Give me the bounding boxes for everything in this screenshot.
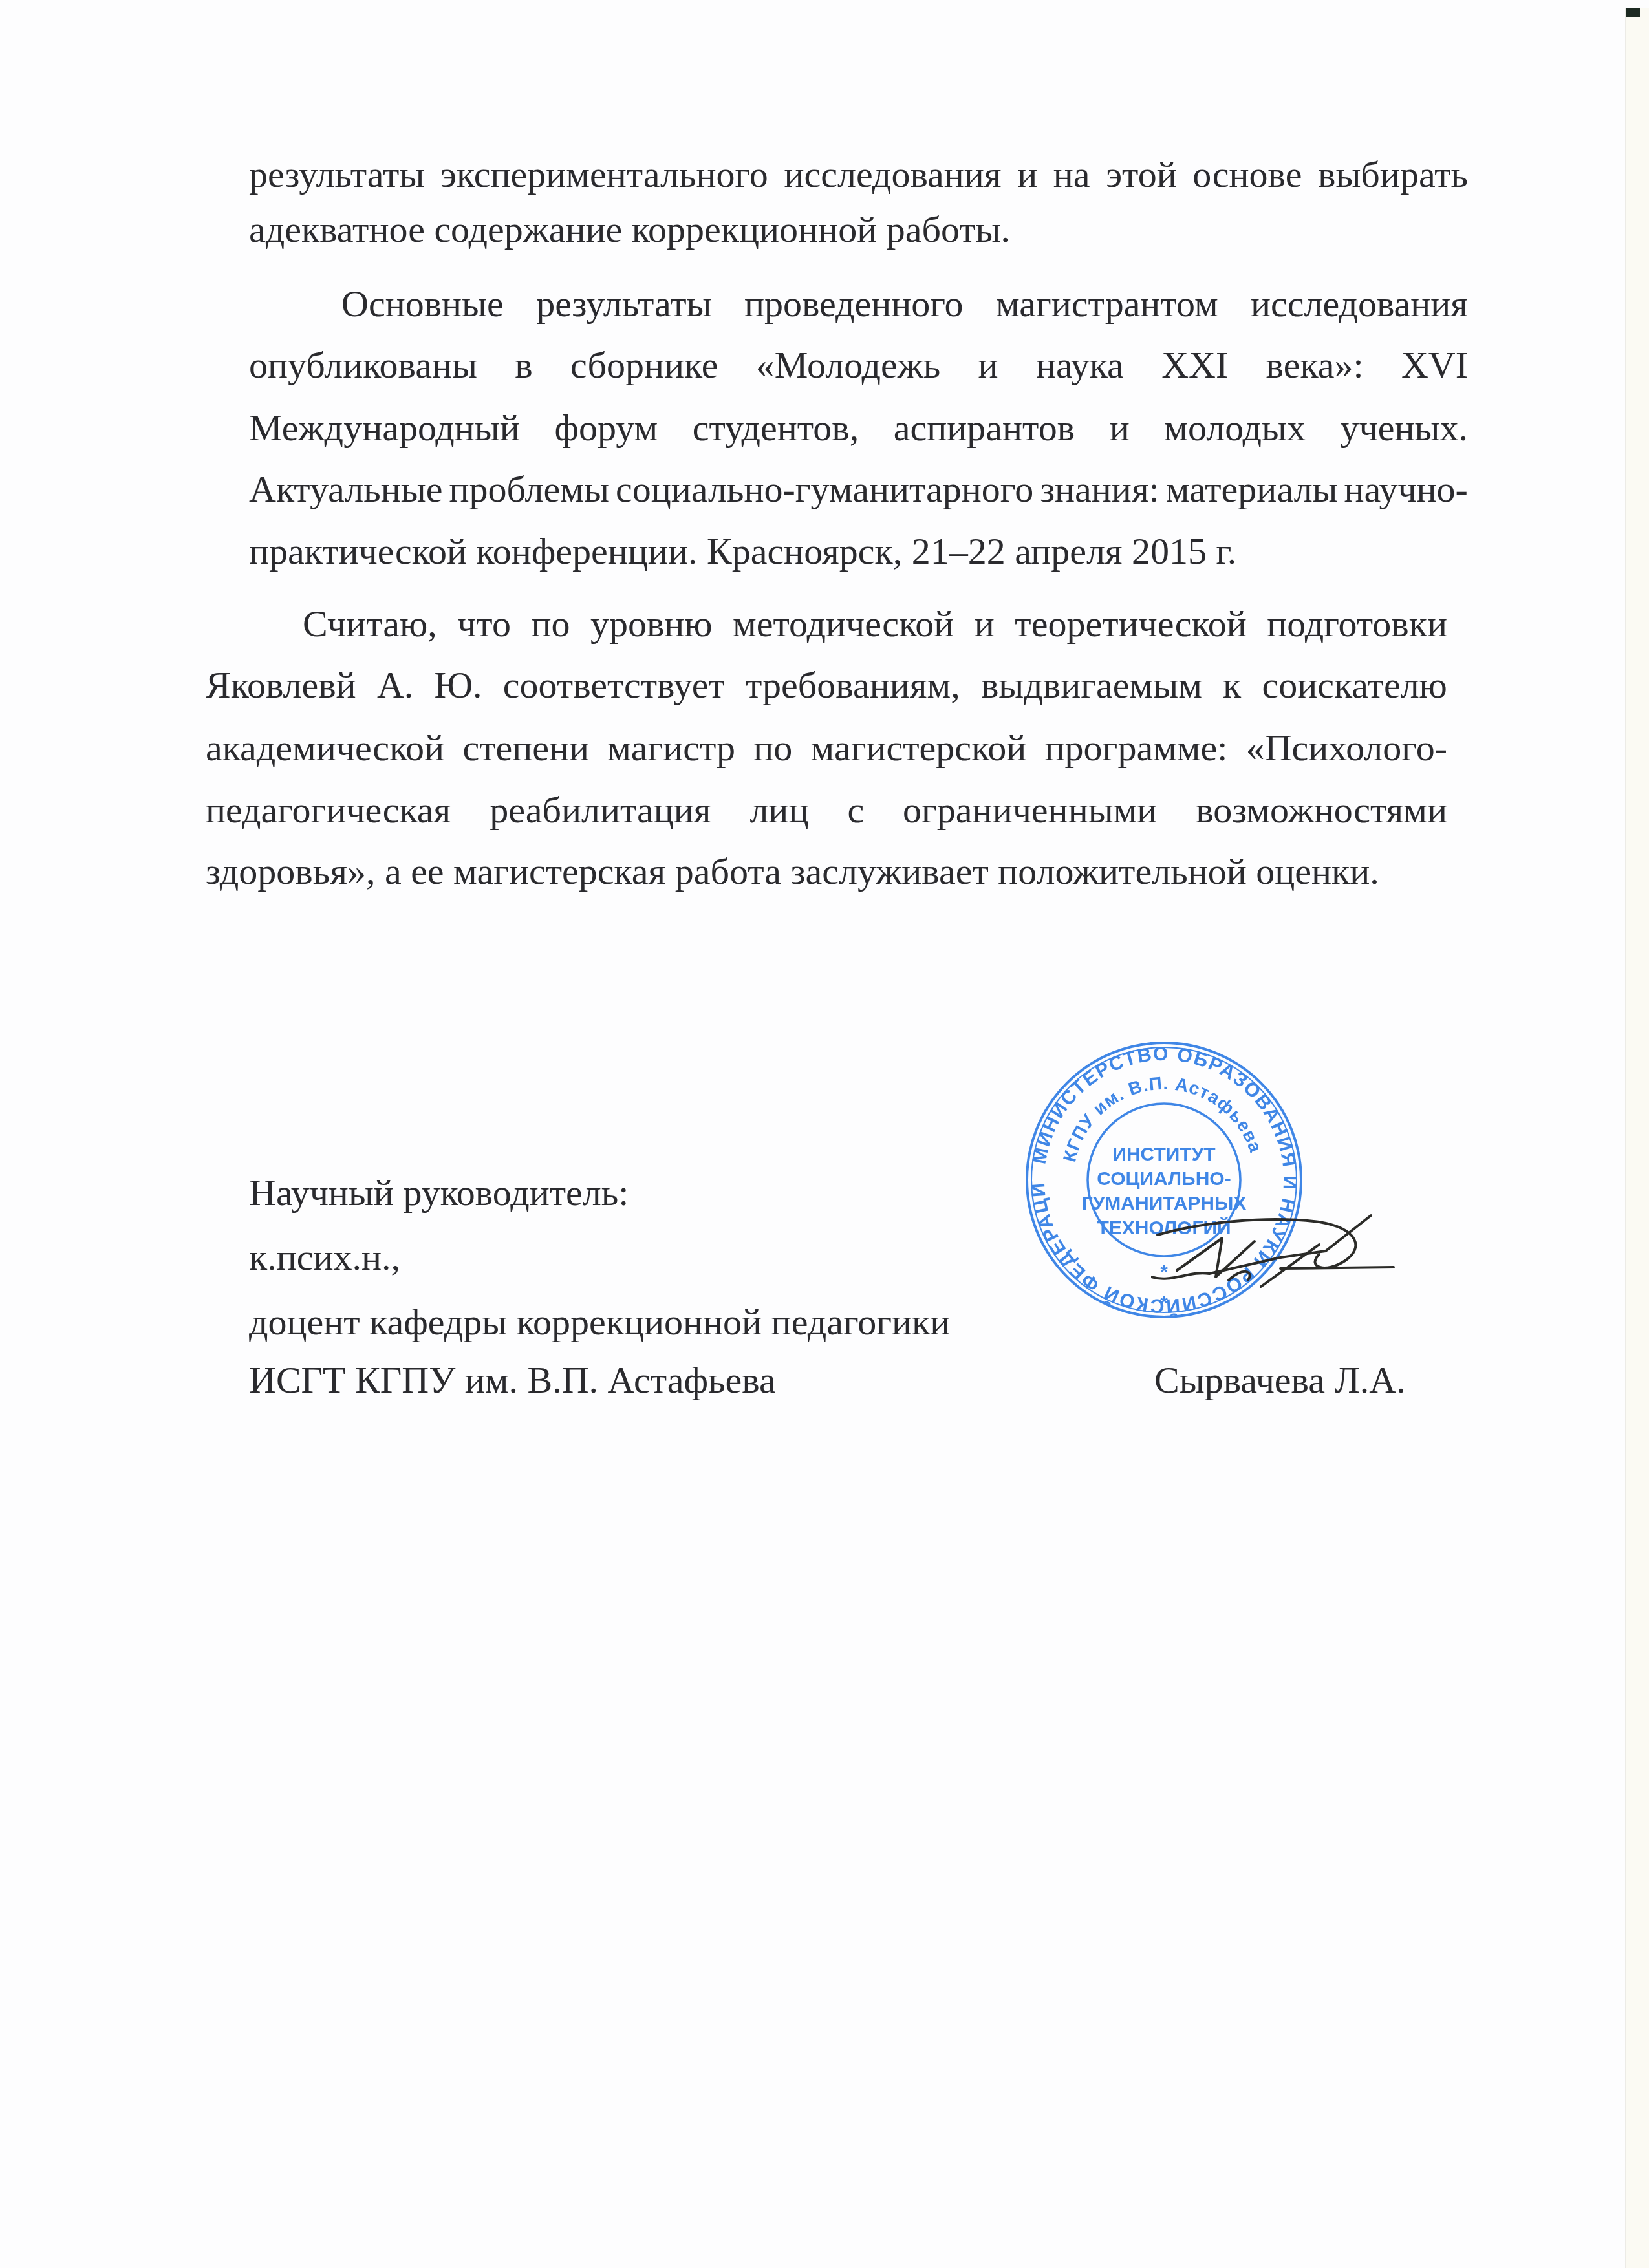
word: XVI (1401, 343, 1468, 388)
word: что (457, 601, 511, 647)
word: к (1223, 663, 1241, 708)
word: реабилитация (490, 787, 711, 833)
word: ограниченными (903, 787, 1157, 833)
word: студентов, (693, 405, 859, 451)
word: педагогическая (206, 787, 451, 833)
word: теоретической (1015, 601, 1247, 647)
word: степени (462, 725, 589, 771)
word: уровню (590, 601, 713, 647)
word: века»: (1266, 343, 1364, 388)
word: требованиям, (746, 663, 960, 708)
word: экспериментального (440, 152, 768, 197)
word: А. (377, 663, 413, 708)
word: соответствует (503, 663, 725, 708)
word: социально-гуманитарного (616, 467, 1033, 512)
paragraph-line: Международныйфорумстудентов,аспирантовим… (249, 405, 1468, 451)
word: опубликованы (249, 343, 477, 388)
word: и (1017, 152, 1037, 197)
supervisor-institution: ИСГТ КГПУ им. В.П. Астафьева (249, 1358, 776, 1403)
paragraph-line: результатыэкспериментальногоисследования… (249, 152, 1468, 197)
word: программе: (1045, 725, 1228, 771)
word: по (753, 725, 792, 771)
paragraph-line: адекватное содержание коррекционной рабо… (249, 207, 1468, 252)
word: методической (733, 601, 954, 647)
word: проблемы (449, 467, 609, 512)
word: форум (554, 405, 658, 451)
word: и (1110, 405, 1130, 451)
word: и (978, 343, 998, 388)
word: с (847, 787, 864, 833)
word: Считаю, (303, 601, 437, 647)
word: исследования (784, 152, 1001, 197)
word: Основные (341, 281, 504, 326)
word: знания: (1040, 467, 1159, 512)
paragraph-line: опубликованывсборнике«МолодежьинаукаXXIв… (249, 343, 1468, 388)
word: проведенного (744, 281, 964, 326)
paragraph-line: практической конференции. Красноярск, 21… (249, 529, 1468, 574)
word: и (975, 601, 995, 647)
word: наука (1036, 343, 1124, 388)
word: по (531, 601, 570, 647)
word: на (1053, 152, 1090, 197)
word: материалы (1166, 467, 1338, 512)
word: в (515, 343, 532, 388)
word: магистр (607, 725, 735, 771)
word: соискателю (1262, 663, 1447, 708)
paragraph-line: Считаю,чтопоуровнюметодическойитеоретиче… (303, 601, 1447, 647)
word: этой (1106, 152, 1177, 197)
supervisor-degree: к.псих.н., (249, 1235, 400, 1280)
paragraph-line: ЯковлевйА.Ю.соответствуеттребованиям,выд… (206, 663, 1447, 708)
paragraph-line: здоровья», а ее магистерская работа засл… (206, 849, 1447, 894)
word: возможностями (1196, 787, 1447, 833)
word: Ю. (434, 663, 482, 708)
word: Международный (249, 405, 520, 451)
word: сборнике (570, 343, 718, 388)
paragraph-line: Основныерезультатыпроведенногомагистрант… (341, 281, 1468, 326)
word: магистерской (811, 725, 1027, 771)
word: основе (1192, 152, 1302, 197)
word: научно- (1344, 467, 1468, 512)
word: ученых. (1341, 405, 1468, 451)
word: академической (206, 725, 444, 771)
word: «Психолого- (1246, 725, 1447, 771)
word: аспирантов (894, 405, 1075, 451)
word: лиц (749, 787, 808, 833)
word: результаты (249, 152, 424, 197)
paragraph-line: академическойстепенимагистрпомагистерско… (206, 725, 1447, 771)
supervisor-role: Научный руководитель: (249, 1170, 629, 1215)
word: выбирать (1318, 152, 1468, 197)
signer-name: Сырвачева Л.А. (1154, 1358, 1406, 1403)
word: Яковлевй (206, 663, 356, 708)
scan-edge-strip (1625, 8, 1649, 2268)
word: выдвигаемым (981, 663, 1202, 708)
word: «Молодежь (756, 343, 940, 388)
stamp-center-line: СОЦИАЛЬНО- (1097, 1168, 1231, 1190)
word: результаты (536, 281, 711, 326)
stamp-center-line: ИНСТИТУТ (1112, 1144, 1215, 1165)
paragraph-line: Актуальныепроблемысоциально-гуманитарног… (249, 467, 1468, 512)
word: магистрантом (996, 281, 1218, 326)
word: XXI (1161, 343, 1228, 388)
word: исследования (1251, 281, 1468, 326)
word: подготовки (1267, 601, 1447, 647)
handwritten-signature-icon (1151, 1209, 1397, 1306)
word: Актуальные (249, 467, 443, 512)
supervisor-position: доцент кафедры коррекционной педагогики (249, 1300, 950, 1345)
word: молодых (1164, 405, 1306, 451)
paragraph-line: педагогическаяреабилитациялицсограниченн… (206, 787, 1447, 833)
scan-edge-mark (1626, 8, 1640, 17)
